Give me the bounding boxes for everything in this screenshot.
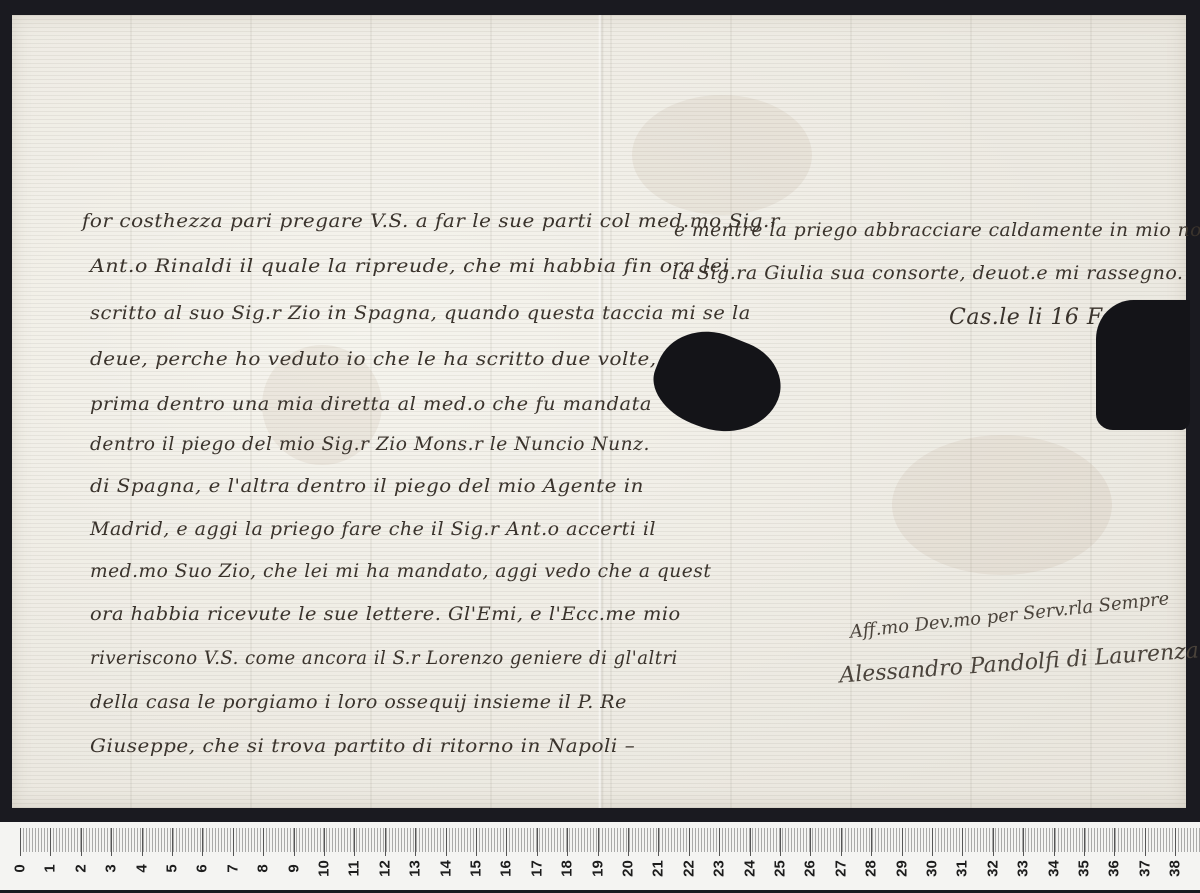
ruler-cm-tick xyxy=(294,828,295,856)
ruler-cm-tick xyxy=(1145,828,1146,856)
ruler-cm-tick xyxy=(567,828,568,856)
text-line: dentro il piego del mio Sig.r Zio Mons.r… xyxy=(90,433,650,455)
ruler-cm-tick xyxy=(324,828,325,856)
ruler-cm-label: 6 xyxy=(194,857,211,881)
ruler-cm-label: 18 xyxy=(559,857,576,881)
ruler-cm-tick xyxy=(233,828,234,856)
ruler-cm-tick xyxy=(1175,828,1176,856)
ruler-cm-label: 36 xyxy=(1106,857,1123,881)
ruler-cm-tick xyxy=(1114,828,1115,856)
text-line: e mentre la priego abbracciare caldament… xyxy=(674,219,1200,241)
ruler-cm-label: 29 xyxy=(893,857,910,881)
ruler-cm-tick xyxy=(111,828,112,856)
ruler-cm-tick xyxy=(750,828,751,856)
ruler-cm-tick xyxy=(506,828,507,856)
ruler-cm-label: 14 xyxy=(437,857,454,881)
ruler-cm-label: 10 xyxy=(316,857,333,881)
ruler-cm-label: 0 xyxy=(12,857,29,881)
ruler-cm-label: 33 xyxy=(1015,857,1032,881)
ruler-cm-label: 24 xyxy=(741,857,758,881)
ruler-cm-label: 3 xyxy=(103,857,120,881)
ruler-cm-label: 13 xyxy=(407,857,424,881)
text-line: Giuseppe, che si trova partito di ritorn… xyxy=(90,735,635,757)
ruler-cm-tick xyxy=(202,828,203,856)
ruler-cm-label: 21 xyxy=(650,857,667,881)
ruler-cm-label: 38 xyxy=(1167,857,1184,881)
letter-sheet: for costhezza pari pregare V.S. a far le… xyxy=(12,15,1186,808)
ruler-cm-tick xyxy=(172,828,173,856)
ruler-cm-label: 15 xyxy=(468,857,485,881)
ruler-cm-label: 1 xyxy=(42,857,59,881)
text-line: della casa le porgiamo i loro ossequij i… xyxy=(90,691,627,713)
ruler-cm-tick xyxy=(628,828,629,856)
ruler-cm-tick xyxy=(20,828,21,856)
ruler-cm-tick xyxy=(780,828,781,856)
ruler-cm-label: 25 xyxy=(772,857,789,881)
ruler-cm-tick xyxy=(354,828,355,856)
ruler-cm-label: 27 xyxy=(832,857,849,881)
ruler-cm-tick xyxy=(385,828,386,856)
ruler-cm-tick xyxy=(446,828,447,856)
ruler-cm-label: 11 xyxy=(346,857,363,881)
text-line: ora habbia ricevute le sue lettere. Gl'E… xyxy=(90,603,681,625)
ruler-cm-label: 5 xyxy=(164,857,181,881)
ruler-cm-tick xyxy=(598,828,599,856)
ruler-cm-label: 9 xyxy=(285,857,302,881)
ruler-cm-tick xyxy=(415,828,416,856)
measurement-ruler: 0123456789101112131415161718192021222324… xyxy=(0,822,1200,890)
ruler-cm-tick xyxy=(658,828,659,856)
text-line: prima dentro una mia diretta al med.o ch… xyxy=(90,393,652,415)
ruler-cm-tick xyxy=(962,828,963,856)
ruler-cm-label: 7 xyxy=(224,857,241,881)
signature: Alessandro Pandolfi di Laurenzano xyxy=(839,637,1200,689)
ruler-cm-tick xyxy=(1023,828,1024,856)
ruler-cm-tick xyxy=(810,828,811,856)
ruler-cm-label: 32 xyxy=(984,857,1001,881)
ruler-cm-label: 19 xyxy=(589,857,606,881)
ruler-cm-tick xyxy=(902,828,903,856)
ruler-cm-tick xyxy=(689,828,690,856)
left-page: for costhezza pari pregare V.S. a far le… xyxy=(12,15,598,808)
ruler-cm-label: 31 xyxy=(954,857,971,881)
closing-formula: Aff.mo Dev.mo per Serv.rla Sempre xyxy=(849,588,1170,642)
ruler-cm-tick xyxy=(871,828,872,856)
ruler-cm-tick xyxy=(1084,828,1085,856)
ruler-cm-tick xyxy=(719,828,720,856)
text-line: deue, perche ho veduto io che le ha scri… xyxy=(90,348,683,370)
ruler-cm-tick xyxy=(142,828,143,856)
ruler-cm-label: 35 xyxy=(1076,857,1093,881)
ruler-cm-label: 34 xyxy=(1045,857,1062,881)
ruler-cm-tick xyxy=(81,828,82,856)
paper-hole-edge xyxy=(1096,300,1190,430)
ruler-cm-label: 12 xyxy=(376,857,393,881)
ruler-cm-label: 30 xyxy=(924,857,941,881)
text-line: riveriscono V.S. come ancora il S.r Lore… xyxy=(90,647,678,669)
ruler-cm-label: 22 xyxy=(680,857,697,881)
ruler-cm-label: 16 xyxy=(498,857,515,881)
ruler-cm-label: 26 xyxy=(802,857,819,881)
ruler-cm-tick xyxy=(932,828,933,856)
ruler-cm-tick xyxy=(993,828,994,856)
text-line: Madrid, e aggi la priego fare che il Sig… xyxy=(90,518,656,540)
ruler-cm-label: 2 xyxy=(72,857,89,881)
ruler-cm-tick xyxy=(1054,828,1055,856)
ruler-cm-label: 17 xyxy=(528,857,545,881)
ruler-cm-label: 4 xyxy=(133,857,150,881)
ruler-cm-label: 20 xyxy=(620,857,637,881)
ruler-cm-label: 23 xyxy=(711,857,728,881)
ruler-cm-label: 8 xyxy=(255,857,272,881)
text-line: di Spagna, e l'altra dentro il piego del… xyxy=(90,475,644,497)
ruler-cm-tick xyxy=(537,828,538,856)
ruler-cm-tick xyxy=(50,828,51,856)
ruler-cm-tick xyxy=(476,828,477,856)
ruler-cm-label: 37 xyxy=(1136,857,1153,881)
ruler-cm-tick xyxy=(263,828,264,856)
text-line: la Sig.ra Giulia sua consorte, deuot.e m… xyxy=(672,262,1183,284)
ruler-cm-tick xyxy=(841,828,842,856)
ruler-cm-label: 28 xyxy=(863,857,880,881)
